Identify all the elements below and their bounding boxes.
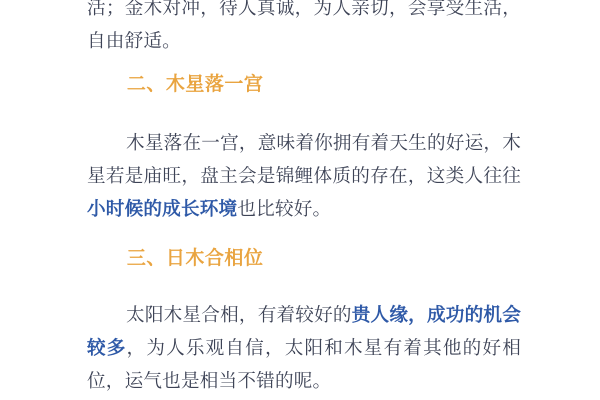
paragraph-jupiter-first-house: 木星落在一宫，意味着你拥有着天生的好运，木星若是庙旺，盘主会是锦鲤体质的存在，这…	[87, 126, 521, 225]
section-heading-sun-jupiter-aspect: 三、日木合相位	[87, 242, 521, 275]
paragraph-sun-jupiter-aspect: 太阳木星合相，有着较好的贵人缘，成功的机会较多，为人乐观自信，太阳和木星有着其他…	[87, 298, 521, 397]
section-heading-jupiter-first-house: 二、木星落一宫	[87, 68, 521, 101]
text-segment: 活；金木对冲，待人真诚，为人亲切，会享受生活，自由舒适。	[87, 0, 521, 51]
text-segment: 木星落在一宫，意味着你拥有着天生的好运，木星若是庙旺，盘主会是锦鲤体质的存在，这…	[87, 132, 521, 186]
text-segment: 也比较好。	[237, 198, 331, 219]
document-page: 活；金木对冲，待人真诚，为人亲切，会享受生活，自由舒适。 二、木星落一宫 木星落…	[0, 0, 600, 400]
text-segment: 太阳木星合相，有着较好的	[126, 304, 352, 325]
paragraph-carryover: 活；金木对冲，待人真诚，为人亲切，会享受生活，自由舒适。	[87, 0, 521, 57]
article-body: 活；金木对冲，待人真诚，为人亲切，会享受生活，自由舒适。 二、木星落一宫 木星落…	[87, 0, 521, 397]
highlighted-text: 小时候的成长环境	[87, 198, 237, 219]
text-segment: ，为人乐观自信，太阳和木星有着其他的好相位，运气也是相当不错的呢。	[87, 337, 521, 391]
